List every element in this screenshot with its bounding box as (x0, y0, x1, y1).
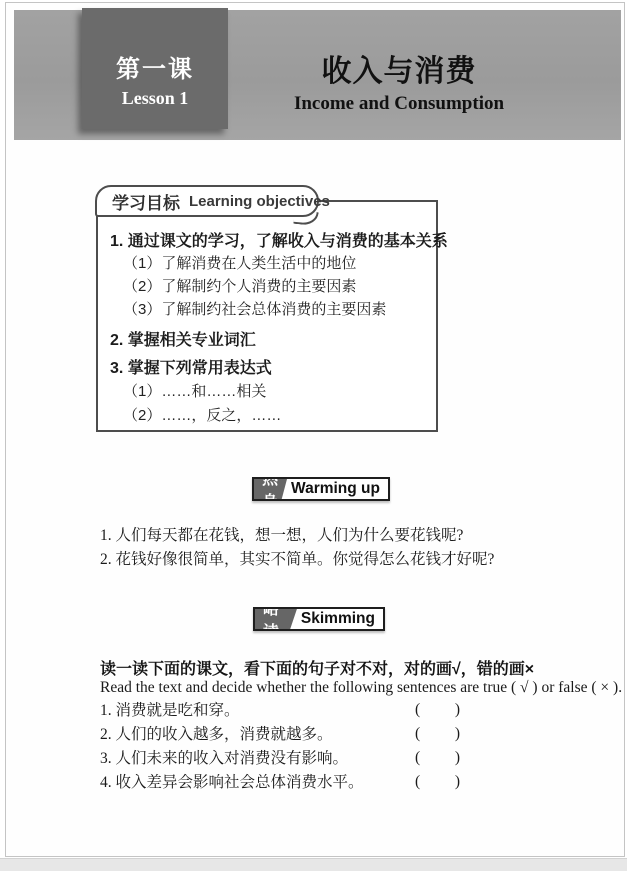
answer-brackets: ( ) (415, 749, 460, 767)
skimming-badge-en: Skimming (297, 609, 383, 629)
objective-line: （2）了解制约个人消费的主要因素 (123, 275, 356, 296)
bracket-close: ) (455, 701, 460, 719)
skim-item: 1. 消费就是吃和穿。 (100, 701, 240, 721)
skim-item: 4. 收入差异会影响社会总体消费水平。 (100, 773, 364, 793)
answer-brackets: ( ) (415, 773, 460, 791)
bracket-open: ( (415, 725, 420, 743)
page-title: 收入与消费 Income and Consumption (228, 54, 570, 117)
bracket-open: ( (415, 701, 420, 719)
lesson-number-en: Lesson 1 (82, 83, 228, 113)
skimming-badge: 略读 Skimming (253, 607, 385, 631)
lesson-number-zh: 第一课 (82, 57, 228, 83)
bracket-close: ) (455, 773, 460, 791)
objective-line: （2）……，反之，…… (123, 404, 281, 425)
skimming-badge-zh: 略读 (255, 609, 297, 629)
objective-line: （1）了解消费在人类生活中的地位 (123, 252, 356, 273)
skim-instruction-en: Read the text and decide whether the fol… (100, 678, 622, 698)
page-title-zh: 收入与消费 (228, 54, 570, 90)
objective-line: 1. 通过课文的学习，了解收入与消费的基本关系 (110, 228, 448, 251)
warming-up-badge: 热身 Warming up (252, 477, 390, 501)
warming-up-badge-zh: 热身 (254, 479, 287, 499)
objective-line: 2. 掌握相关专业词汇 (110, 327, 256, 350)
bracket-open: ( (415, 773, 420, 791)
warming-question: 2. 花钱好像很简单，其实不简单。你觉得怎么花钱才好呢? (100, 550, 494, 570)
objectives-tab-label-zh: 学习目标 (112, 189, 180, 214)
bracket-close: ) (455, 725, 460, 743)
answer-brackets: ( ) (415, 701, 460, 719)
objective-line: （3）了解制约社会总体消费的主要因素 (123, 298, 386, 319)
warming-up-badge-en: Warming up (287, 479, 388, 499)
warming-question: 1. 人们每天都在花钱，想一想，人们为什么要花钱呢? (100, 526, 463, 546)
skim-instruction-zh: 读一读下面的课文，看下面的句子对不对，对的画√，错的画× (100, 656, 534, 679)
skim-item: 3. 人们未来的收入对消费没有影响。 (100, 749, 348, 769)
page-title-en: Income and Consumption (228, 90, 570, 117)
answer-brackets: ( ) (415, 725, 460, 743)
bracket-open: ( (415, 749, 420, 767)
bracket-close: ) (455, 749, 460, 767)
page-bottom-edge (0, 858, 627, 871)
objective-line: （1）……和……相关 (123, 380, 266, 401)
lesson-box: 第一课 Lesson 1 (82, 8, 228, 129)
objectives-tab: 学习目标 Learning objectives (95, 185, 319, 217)
objectives-tab-label-en: Learning objectives (189, 193, 330, 210)
objective-line: 3. 掌握下列常用表达式 (110, 355, 272, 378)
skim-item: 2. 人们的收入越多，消费就越多。 (100, 725, 333, 745)
